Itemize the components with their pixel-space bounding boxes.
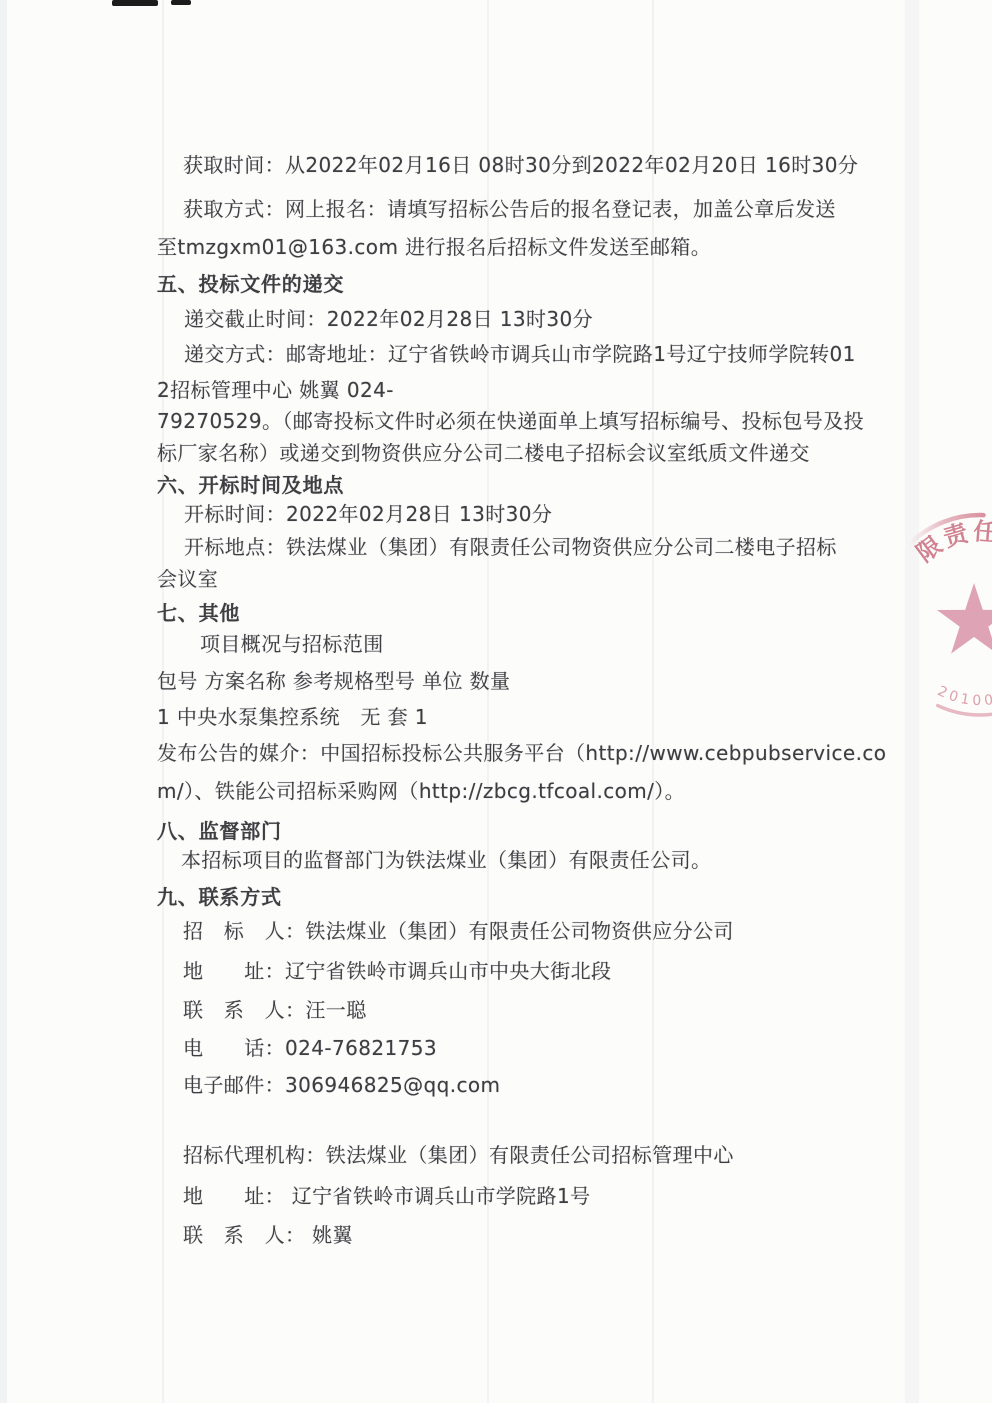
text-line-media-1: 发布公告的媒介：中国招标投标公共服务平台（http://www.cebpubse… <box>157 740 886 767</box>
text-line-delivery-method: 递交方式：邮寄地址：辽宁省铁岭市调兵山市学院路1号辽宁技师学院转01 <box>184 341 856 368</box>
text-line-tenderer-address: 地 址：辽宁省铁岭市调兵山市中央大街北段 <box>183 958 611 985</box>
text-line-media-2: m/）、铁能公司招标采购网（http://zbcg.tfcoal.com/）。 <box>157 778 685 805</box>
scan-smudge <box>112 0 158 6</box>
table-header-row: 包号 方案名称 参考规格型号 单位 数量 <box>157 668 510 695</box>
text-line-agency-address: 地 址： 辽宁省铁岭市调兵山市学院路1号 <box>183 1183 590 1210</box>
scan-smudge <box>171 0 191 5</box>
company-seal: 限责任 20100 <box>842 462 992 732</box>
text-line-deadline: 递交截止时间：2022年02月28日 13时30分 <box>184 306 593 333</box>
svg-text:限责任: 限责任 <box>911 517 992 567</box>
scan-streak <box>162 0 164 1403</box>
svg-text:20100: 20100 <box>935 683 992 709</box>
text-line-obtain-email: 至tmzgxm01@163.com 进行报名后招标文件发送至邮箱。 <box>157 234 711 261</box>
star-icon <box>937 583 992 654</box>
text-line-delivery-note-1: 79270529。（邮寄投标文件时必须在快递面单上填写招标编号、投标包号及投 <box>157 408 864 435</box>
seal-border-top-arc <box>909 515 983 544</box>
scan-edge-shadow <box>0 0 7 1403</box>
scanned-document-page: 获取时间：从2022年02月16日 08时30分到2022年02月20日 16时… <box>0 0 992 1403</box>
text-line-supervisor: 本招标项目的监督部门为铁法煤业（集团）有限责任公司。 <box>181 847 711 874</box>
text-line-obtain-time: 获取时间：从2022年02月16日 08时30分到2022年02月20日 16时… <box>183 152 858 179</box>
text-line-open-place: 开标地点：铁法煤业（集团）有限责任公司物资供应分公司二楼电子招标 <box>184 534 837 561</box>
text-line-delivery-contact: 2招标管理中心 姚翼 024- <box>157 377 394 404</box>
section-heading-8: 八、监督部门 <box>157 818 282 845</box>
text-line-tenderer: 招 标 人：铁法煤业（集团）有限责任公司物资供应分公司 <box>183 918 734 945</box>
text-line-agency-contact: 联 系 人： 姚翼 <box>183 1222 353 1249</box>
text-line-obtain-method: 获取方式：网上报名：请填写招标公告后的报名登记表，加盖公章后发送 <box>183 196 836 223</box>
section-heading-5: 五、投标文件的递交 <box>157 271 344 298</box>
table-data-row: 1 中央水泵集控系统 无 套 1 <box>157 704 428 731</box>
scan-streak <box>905 0 919 1403</box>
text-line-delivery-note-2: 标厂家名称）或递交到物资供应分公司二楼电子招标会议室纸质文件递交 <box>157 440 810 467</box>
seal-serial-text: 20100 <box>935 683 992 709</box>
section-heading-9: 九、联系方式 <box>157 884 282 911</box>
section-heading-7: 七、其他 <box>157 600 240 627</box>
text-line-agency: 招标代理机构：铁法煤业（集团）有限责任公司招标管理中心 <box>183 1142 734 1169</box>
seal-border-bottom-arc <box>938 706 992 715</box>
text-line-open-time: 开标时间：2022年02月28日 13时30分 <box>184 501 552 528</box>
section-heading-6: 六、开标时间及地点 <box>157 472 344 499</box>
text-line-project-scope: 项目概况与招标范围 <box>200 631 384 658</box>
text-line-open-place-cont: 会议室 <box>157 566 218 593</box>
text-line-tenderer-email: 电子邮件：306946825@qq.com <box>183 1072 500 1099</box>
seal-arc-text: 限责任 <box>911 517 992 567</box>
text-line-tenderer-contact: 联 系 人：汪一聪 <box>183 997 367 1024</box>
text-line-tenderer-phone: 电 话：024-76821753 <box>183 1035 437 1062</box>
